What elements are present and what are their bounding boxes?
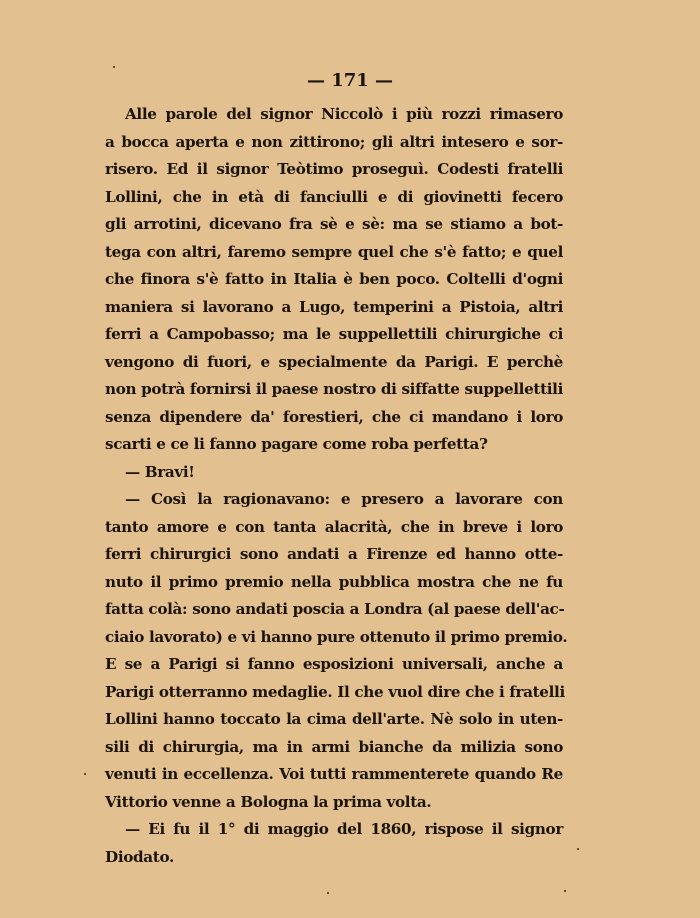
text-line: Lollini hanno toccato la cima dell'arte.… — [105, 706, 563, 734]
text-line: tega con altri, faremo sempre quel che s… — [105, 239, 563, 267]
text-line: Parigi otterranno medaglie. Il che vuol … — [105, 679, 563, 707]
text-line: non potrà fornirsi il paese nostro di si… — [105, 376, 563, 404]
text-line: fatta colà: sono andati poscia a Londra … — [105, 596, 563, 624]
text-line: risero. Ed il signor Teòtimo proseguì. C… — [105, 156, 563, 184]
text-line: E se a Parigi si fanno esposizioni unive… — [105, 651, 563, 679]
text-line: venuti in eccellenza. Voi tutti rammente… — [105, 761, 563, 789]
text-line: Vittorio venne a Bologna la prima volta. — [105, 789, 563, 817]
text-line: che finora s'è fatto in Italia è ben poc… — [105, 266, 563, 294]
text-line: ferri chirurgici sono andati a Firenze e… — [105, 541, 563, 569]
text-line: sili di chirurgia, ma in armi bianche da… — [105, 734, 563, 762]
text-line: ciaio lavorato) e vi hanno pure ottenuto… — [105, 624, 563, 652]
text-line: nuto il primo premio nella pubblica most… — [105, 569, 563, 597]
scan-speck — [577, 848, 579, 850]
scan-speck — [113, 66, 115, 68]
text-line: Lollini, che in età di fanciulli e di gi… — [105, 184, 563, 212]
body-text: Alle parole del signor Niccolò i più roz… — [105, 101, 563, 871]
scan-speck — [327, 892, 329, 894]
scan-speck — [564, 890, 566, 892]
page-number: — 171 — — [0, 70, 700, 91]
text-line: — Ei fu il 1° di maggio del 1860, rispos… — [105, 816, 563, 844]
scanned-book-page: — 171 — Alle parole del signor Niccolò i… — [0, 0, 700, 918]
text-line: maniera si lavorano a Lugo, temperini a … — [105, 294, 563, 322]
text-line: tanto amore e con tanta alacrità, che in… — [105, 514, 563, 542]
text-line: a bocca aperta e non zittirono; gli altr… — [105, 129, 563, 157]
text-line: ferri a Campobasso; ma le suppellettili … — [105, 321, 563, 349]
text-line: Diodato. — [105, 844, 563, 872]
text-line: gli arrotini, dicevano fra sè e sè: ma s… — [105, 211, 563, 239]
text-line: senza dipendere da' forestieri, che ci m… — [105, 404, 563, 432]
text-line: vengono di fuori, e specialmente da Pari… — [105, 349, 563, 377]
text-line: Alle parole del signor Niccolò i più roz… — [105, 101, 563, 129]
text-line: — Così la ragionavano: e presero a lavor… — [105, 486, 563, 514]
text-line: — Bravi! — [105, 459, 563, 487]
text-line: scarti e ce li fanno pagare come roba pe… — [105, 431, 563, 459]
scan-speck — [84, 773, 86, 775]
